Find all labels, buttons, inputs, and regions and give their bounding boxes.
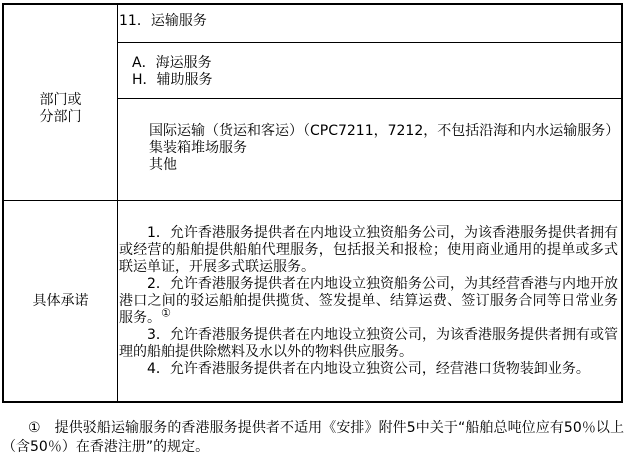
footnote-text: 提供驳船运输服务的香港服务提供者不适用《安排》附件5中关于“船舶总吨位应有50％… <box>2 420 624 455</box>
commitments-table: 部门或 分部门 11．运输服务 A．海运服务 H．辅助服务 国际运输（货运和客运… <box>2 3 623 403</box>
commitments-header-cell: 具体承诺 <box>4 201 118 401</box>
commitment-text-4: 4．允许香港服务提供者在内地设立独资公司，经营港口货物装卸业务。 <box>147 361 590 377</box>
footnote-block: ①提供驳船运输服务的香港服务提供者不适用《安排》附件5中关于“船舶总吨位应有50… <box>2 419 624 457</box>
service-title-cell: 11．运输服务 <box>118 5 621 43</box>
sector-header-line2: 分部门 <box>40 109 82 126</box>
commitment-text-1: 1．允许香港服务提供者在内地设立独资船务公司，为该香港服务提供者拥有或经营的船舶… <box>119 225 618 275</box>
scope-line-other: 其他 <box>149 157 617 174</box>
commitments-content-cell: 1．允许香港服务提供者在内地设立独资船务公司，为该香港服务提供者拥有或经营的船舶… <box>118 201 621 401</box>
service-title: 11．运输服务 <box>119 13 207 29</box>
subsector-line-auxiliary: H．辅助服务 <box>132 72 619 89</box>
scope-line-container: 集装箱堆场服务 <box>149 140 617 157</box>
document-page: 部门或 分部门 11．运输服务 A．海运服务 H．辅助服务 国际运输（货运和客运… <box>0 0 627 458</box>
commitment-paragraph-1: 1．允许香港服务提供者在内地设立独资船务公司，为该香港服务提供者拥有或经营的船舶… <box>119 225 618 276</box>
footnote-reference-mark: ① <box>161 306 171 319</box>
sector-header-cell: 部门或 分部门 <box>4 5 118 201</box>
subsector-cell: A．海运服务 H．辅助服务 <box>118 43 621 99</box>
sector-header-line1: 部门或 <box>40 92 82 109</box>
sector-content-cell: 11．运输服务 A．海运服务 H．辅助服务 国际运输（货运和客运）（CPC721… <box>118 5 621 201</box>
scope-line-international: 国际运输（货运和客运）（CPC7211，7212，不包括沿海和内水运输服务） <box>149 123 617 140</box>
commitment-paragraph-4: 4．允许香港服务提供者在内地设立独资公司，经营港口货物装卸业务。 <box>119 361 618 378</box>
commitment-text-2: 2．允许香港服务提供者在内地设立独资船务公司，为其经营香港与内地开放港口之间的驳… <box>119 276 618 326</box>
footnote-paragraph: ①提供驳船运输服务的香港服务提供者不适用《安排》附件5中关于“船舶总吨位应有50… <box>2 419 624 457</box>
commitment-paragraph-3: 3．允许香港服务提供者在内地设立独资公司，为该香港服务提供者拥有或管理的船舶提供… <box>119 327 618 361</box>
subsector-line-maritime: A．海运服务 <box>132 55 619 72</box>
footnote-marker: ① <box>28 420 41 436</box>
scope-cell: 国际运输（货运和客运）（CPC7211，7212，不包括沿海和内水运输服务） 集… <box>118 99 621 200</box>
commitment-text-3: 3．允许香港服务提供者在内地设立独资公司，为该香港服务提供者拥有或管理的船舶提供… <box>119 327 618 360</box>
commitments-header: 具体承诺 <box>33 293 89 310</box>
commitment-paragraph-2: 2．允许香港服务提供者在内地设立独资船务公司，为其经营香港与内地开放港口之间的驳… <box>119 276 618 327</box>
